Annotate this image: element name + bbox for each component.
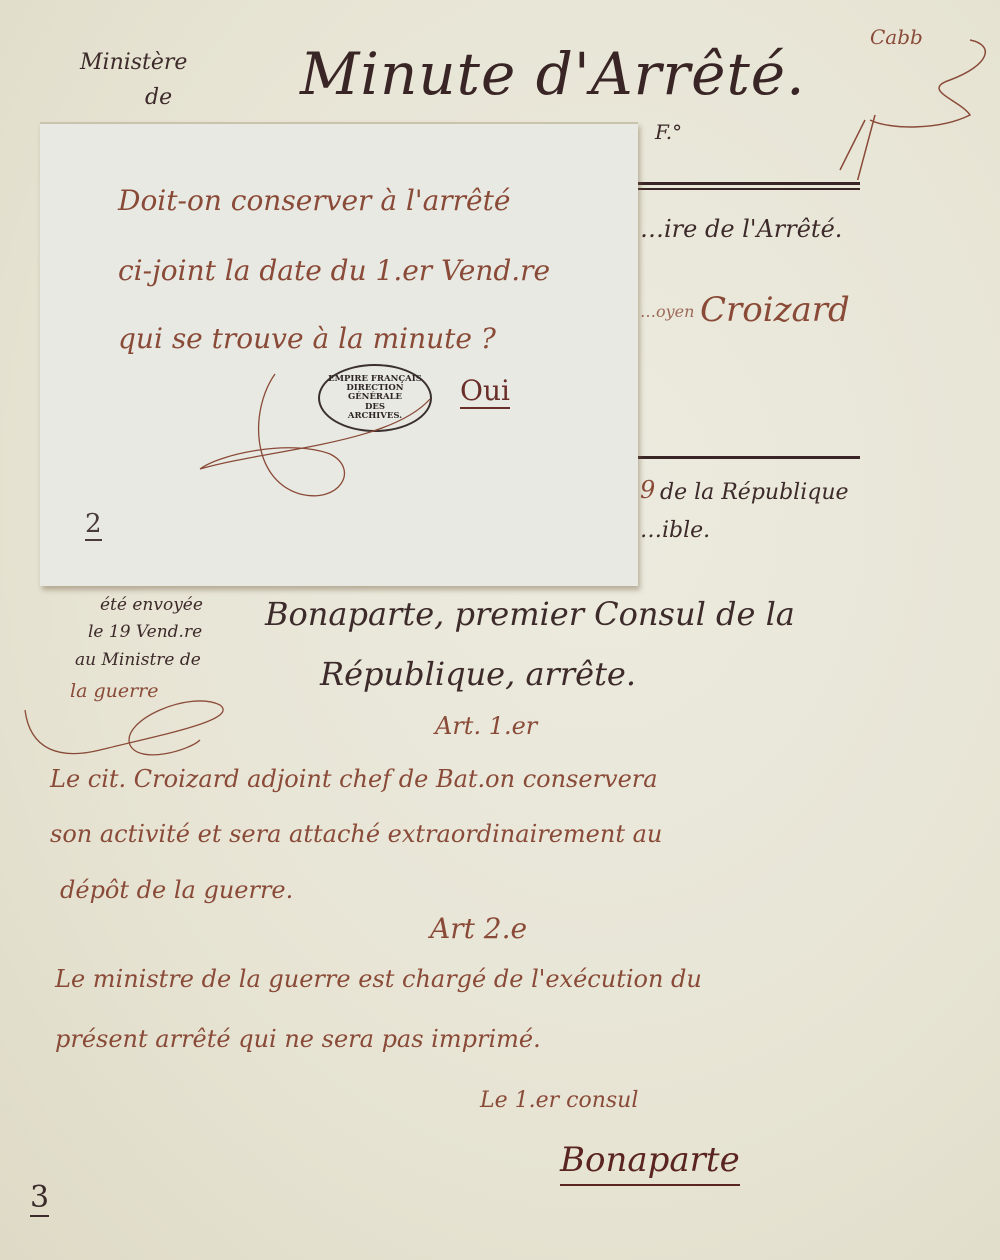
slip-number: 2 [85, 509, 102, 541]
signature: Bonaparte [560, 1140, 740, 1186]
citoyen-name: Croizard [700, 290, 850, 330]
slip-line: Doit-on conserver à l'arrêté [118, 184, 510, 217]
margin-flourish-icon [20, 690, 260, 770]
margin-note-line: la guerre [70, 680, 159, 702]
date-number: 9 [640, 476, 655, 504]
page-number: 3 [30, 1180, 49, 1217]
article-1-heading: Art. 1.er [435, 712, 537, 740]
article-2-line: présent arrêté qui ne sera pas imprimé. [55, 1025, 541, 1053]
divider-rule-mid [635, 456, 860, 459]
margin-note-line: été envoyée [100, 595, 203, 615]
divider-rule-top [635, 182, 860, 185]
page-title: Minute d'Arrêté. [300, 40, 806, 108]
ministere-de-label: de [145, 85, 172, 110]
signoff-label: Le 1.er consul [480, 1088, 638, 1113]
indivisible-fragment: …ible. [640, 518, 710, 543]
margin-note-line: au Ministre de [75, 650, 201, 670]
preamble-line-1: Bonaparte, premier Consul de la [265, 595, 795, 633]
ministere-label: Ministère [80, 50, 187, 75]
article-1-line: son activité et sera attaché extraordina… [50, 820, 662, 848]
stamp-line: DIRECTION GÉNÉRALE [320, 384, 430, 403]
corner-annotation: Cabb [870, 25, 923, 49]
article-1-line: dépôt de la guerre. [60, 876, 293, 904]
sommaire-label: …ire de l'Arrêté. [640, 215, 842, 243]
slip-line: qui se trouve à la minute ? [118, 322, 496, 355]
article-1-line: Le cit. Croizard adjoint chef de Bat.on … [50, 765, 658, 793]
divider-rule-top-2 [635, 188, 860, 190]
republique-header-line: de la République [660, 480, 849, 505]
article-2-heading: Art 2.e [430, 912, 527, 945]
attached-note-slip: Doit-on conserver à l'arrêté ci-joint la… [40, 122, 638, 586]
article-2-line: Le ministre de la guerre est chargé de l… [55, 965, 702, 993]
folio-label: F.° [655, 120, 682, 144]
stamp-line: ARCHIVES. [348, 412, 402, 421]
citoyen-label: …oyen [640, 302, 694, 321]
document-page: Ministère de Minute d'Arrêté. F.° Cabb …… [0, 0, 1000, 1260]
archives-stamp: EMPIRE FRANÇAIS DIRECTION GÉNÉRALE DES A… [318, 364, 432, 432]
answer-oui: Oui [460, 374, 510, 409]
preamble-line-2: République, arrête. [320, 655, 636, 693]
margin-note-line: le 19 Vend.re [88, 622, 202, 642]
slip-line: ci-joint la date du 1.er Vend.re [118, 254, 550, 287]
